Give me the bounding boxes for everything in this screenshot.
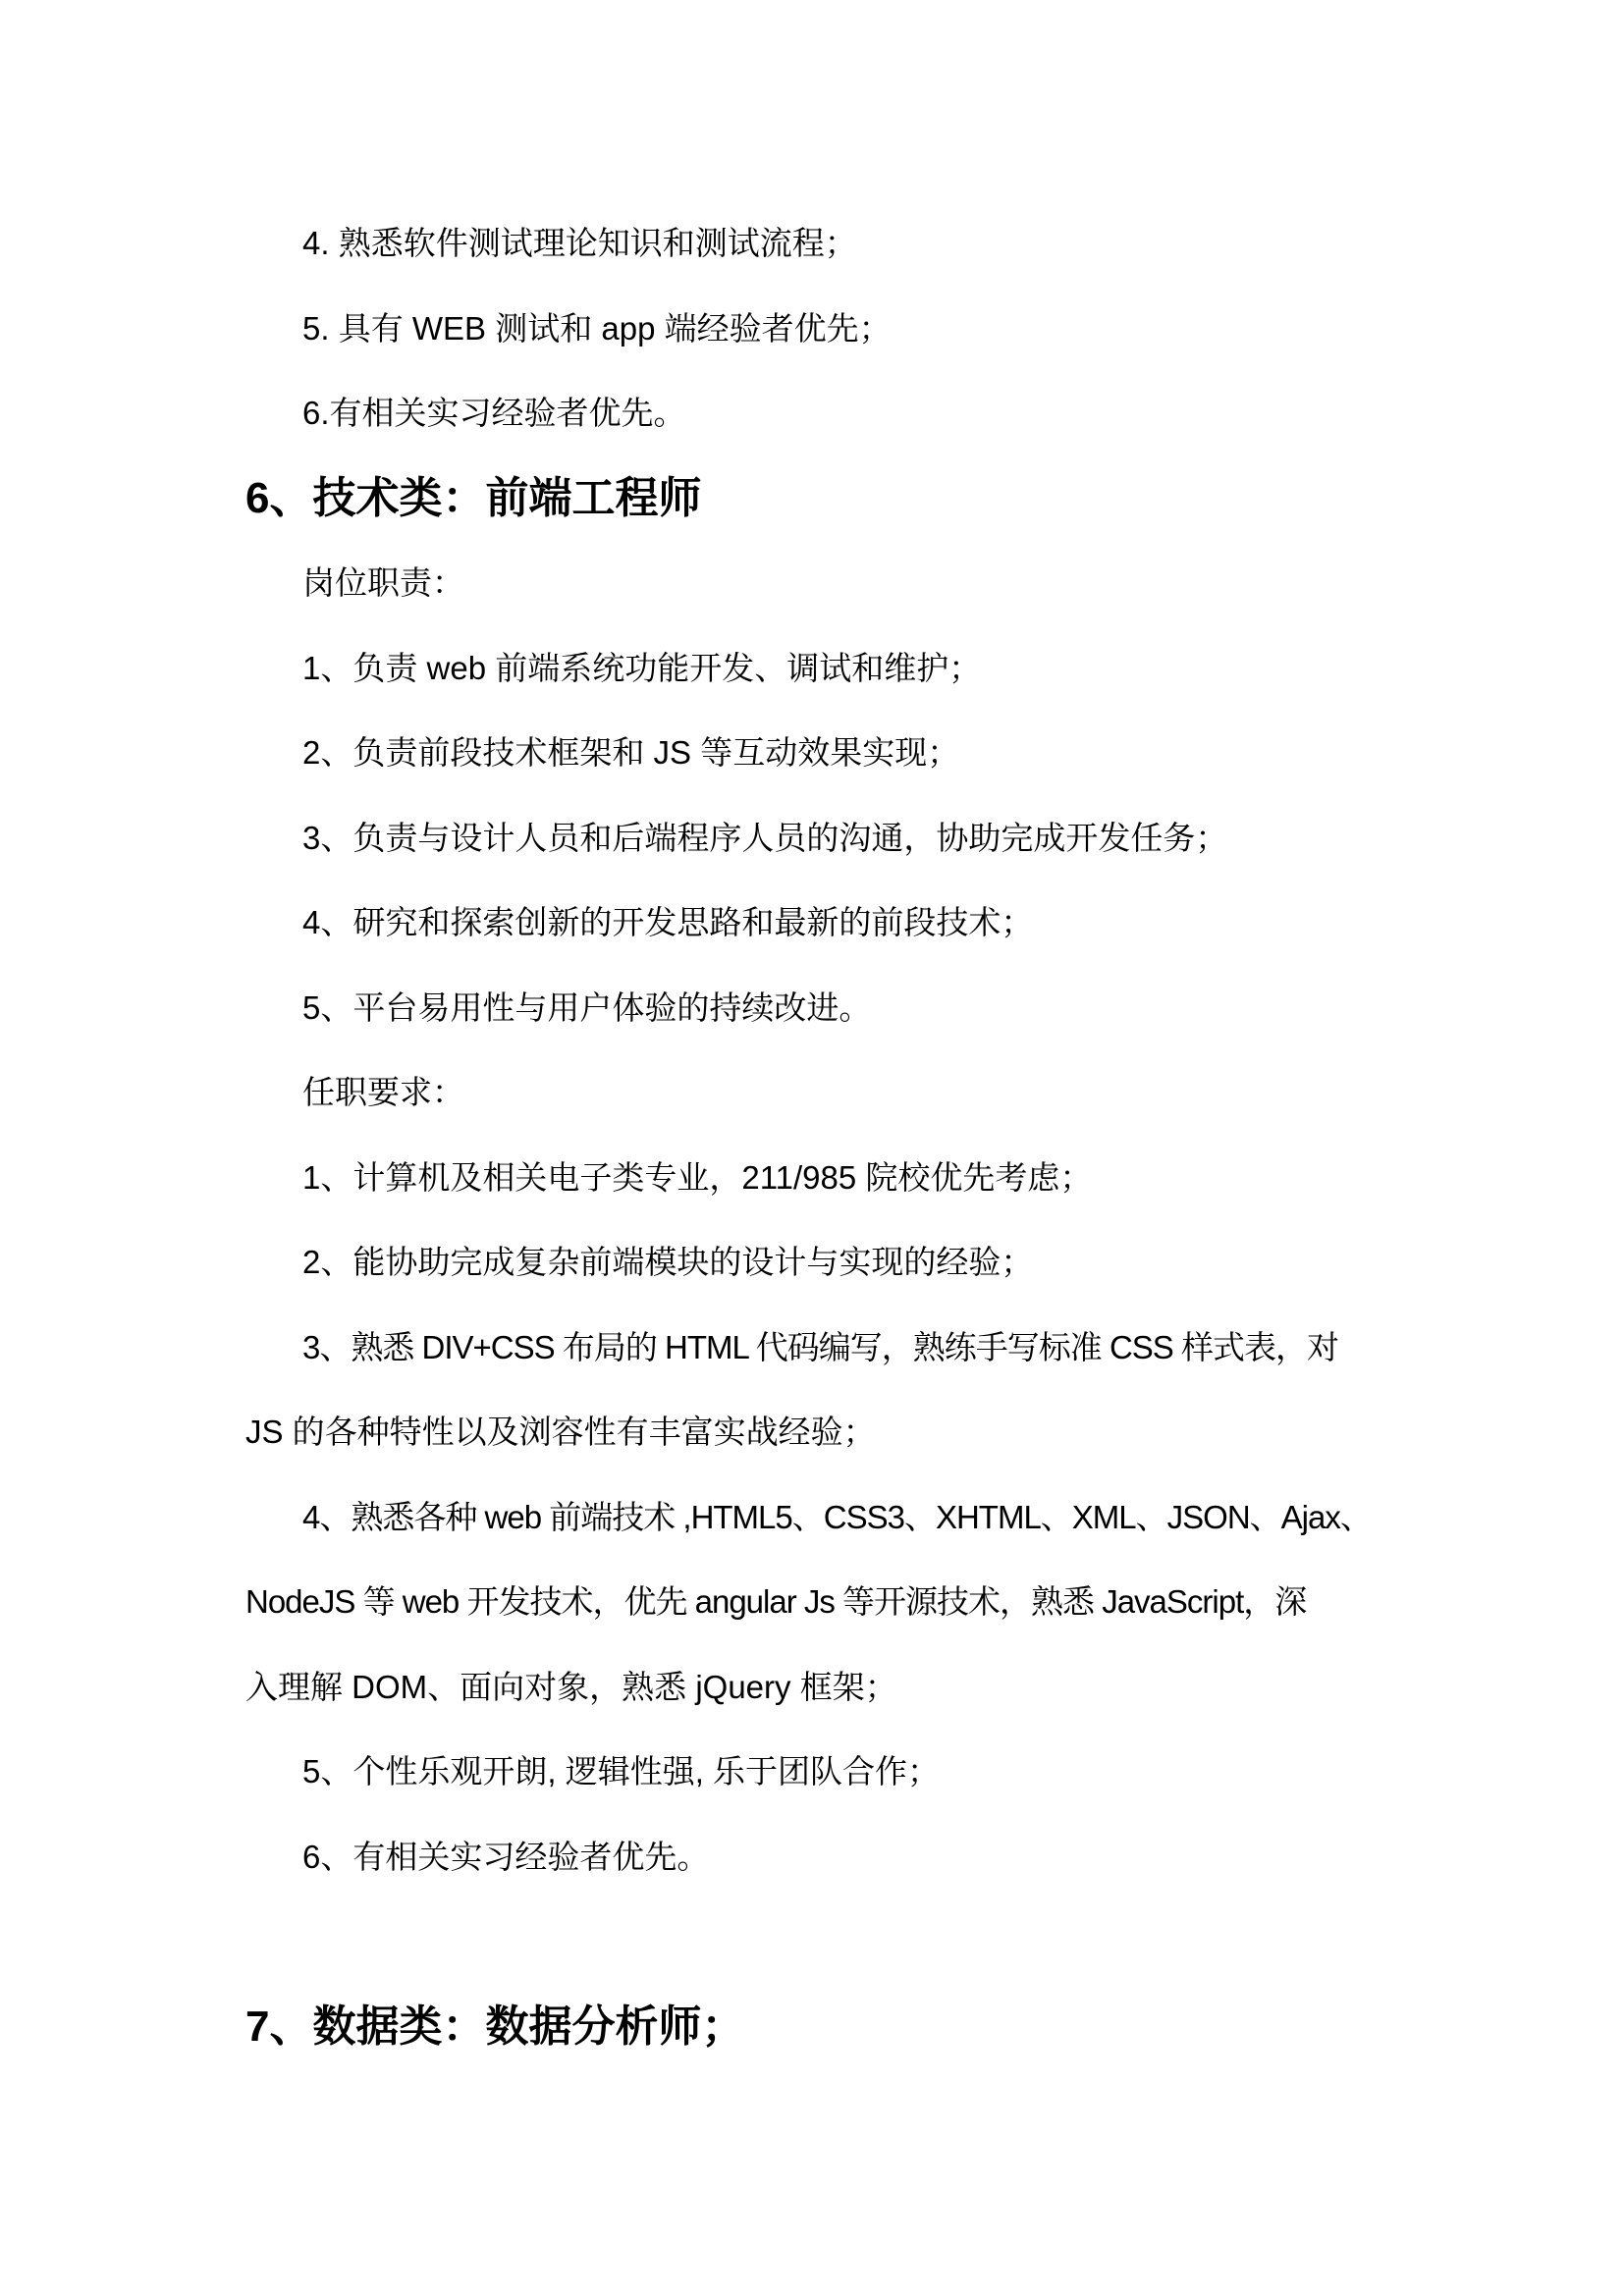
- document-content: 4. 熟悉软件测试理论知识和测试流程； 5. 具有 WEB 测试和 app 端经…: [0, 0, 1624, 2069]
- duty-item-5: 5、平台易用性与用户体验的持续改进。: [245, 966, 1379, 1051]
- duty-item-1: 1、负责 web 前端系统功能开发、调试和维护；: [245, 626, 1379, 712]
- req-item-6: 6、有相关实习经验者优先。: [245, 1815, 1379, 1900]
- duty-item-4: 4、研究和探索创新的开发思路和最新的前段技术；: [245, 881, 1379, 966]
- qa-req-item-6: 6.有相关实习经验者优先。: [245, 371, 1379, 456]
- req-item-2: 2、能协助完成复杂前端模块的设计与实现的经验；: [245, 1220, 1379, 1306]
- qa-req-item-4: 4. 熟悉软件测试理论知识和测试流程；: [245, 201, 1379, 287]
- duty-item-2: 2、负责前段技术框架和 JS 等互动效果实现；: [245, 711, 1379, 796]
- req-item-3-line-1: 3、熟悉 DIV+CSS 布局的 HTML 代码编写，熟练手写标准 CSS 样式…: [245, 1306, 1379, 1391]
- blank-line: [245, 1899, 1379, 1985]
- req-item-3-line-2: JS 的各种特性以及浏容性有丰富实战经验；: [245, 1390, 1379, 1475]
- document-page: 4. 熟悉软件测试理论知识和测试流程； 5. 具有 WEB 测试和 app 端经…: [0, 0, 1624, 2296]
- req-item-4-line-1: 4、熟悉各种 web 前端技术 ,HTML5、CSS3、XHTML、XML、JS…: [245, 1475, 1379, 1561]
- req-item-5: 5、个性乐观开朗, 逻辑性强, 乐于团队合作；: [245, 1730, 1379, 1815]
- req-item-4-line-3: 入理解 DOM、面向对象，熟悉 jQuery 框架；: [245, 1645, 1379, 1731]
- section-6-heading: 6、技术类：前端工程师: [245, 456, 1379, 542]
- req-item-4-line-2: NodeJS 等 web 开发技术，优先 angular Js 等开源技术，熟悉…: [245, 1560, 1379, 1645]
- requirements-label: 任职要求：: [245, 1050, 1379, 1136]
- duties-label: 岗位职责：: [245, 541, 1379, 626]
- qa-req-item-5: 5. 具有 WEB 测试和 app 端经验者优先；: [245, 287, 1379, 372]
- duty-item-3: 3、负责与设计人员和后端程序人员的沟通，协助完成开发任务；: [245, 796, 1379, 881]
- section-7-heading: 7、数据类：数据分析师；: [245, 1985, 1379, 2070]
- req-item-1: 1、计算机及相关电子类专业，211/985 院校优先考虑；: [245, 1136, 1379, 1221]
